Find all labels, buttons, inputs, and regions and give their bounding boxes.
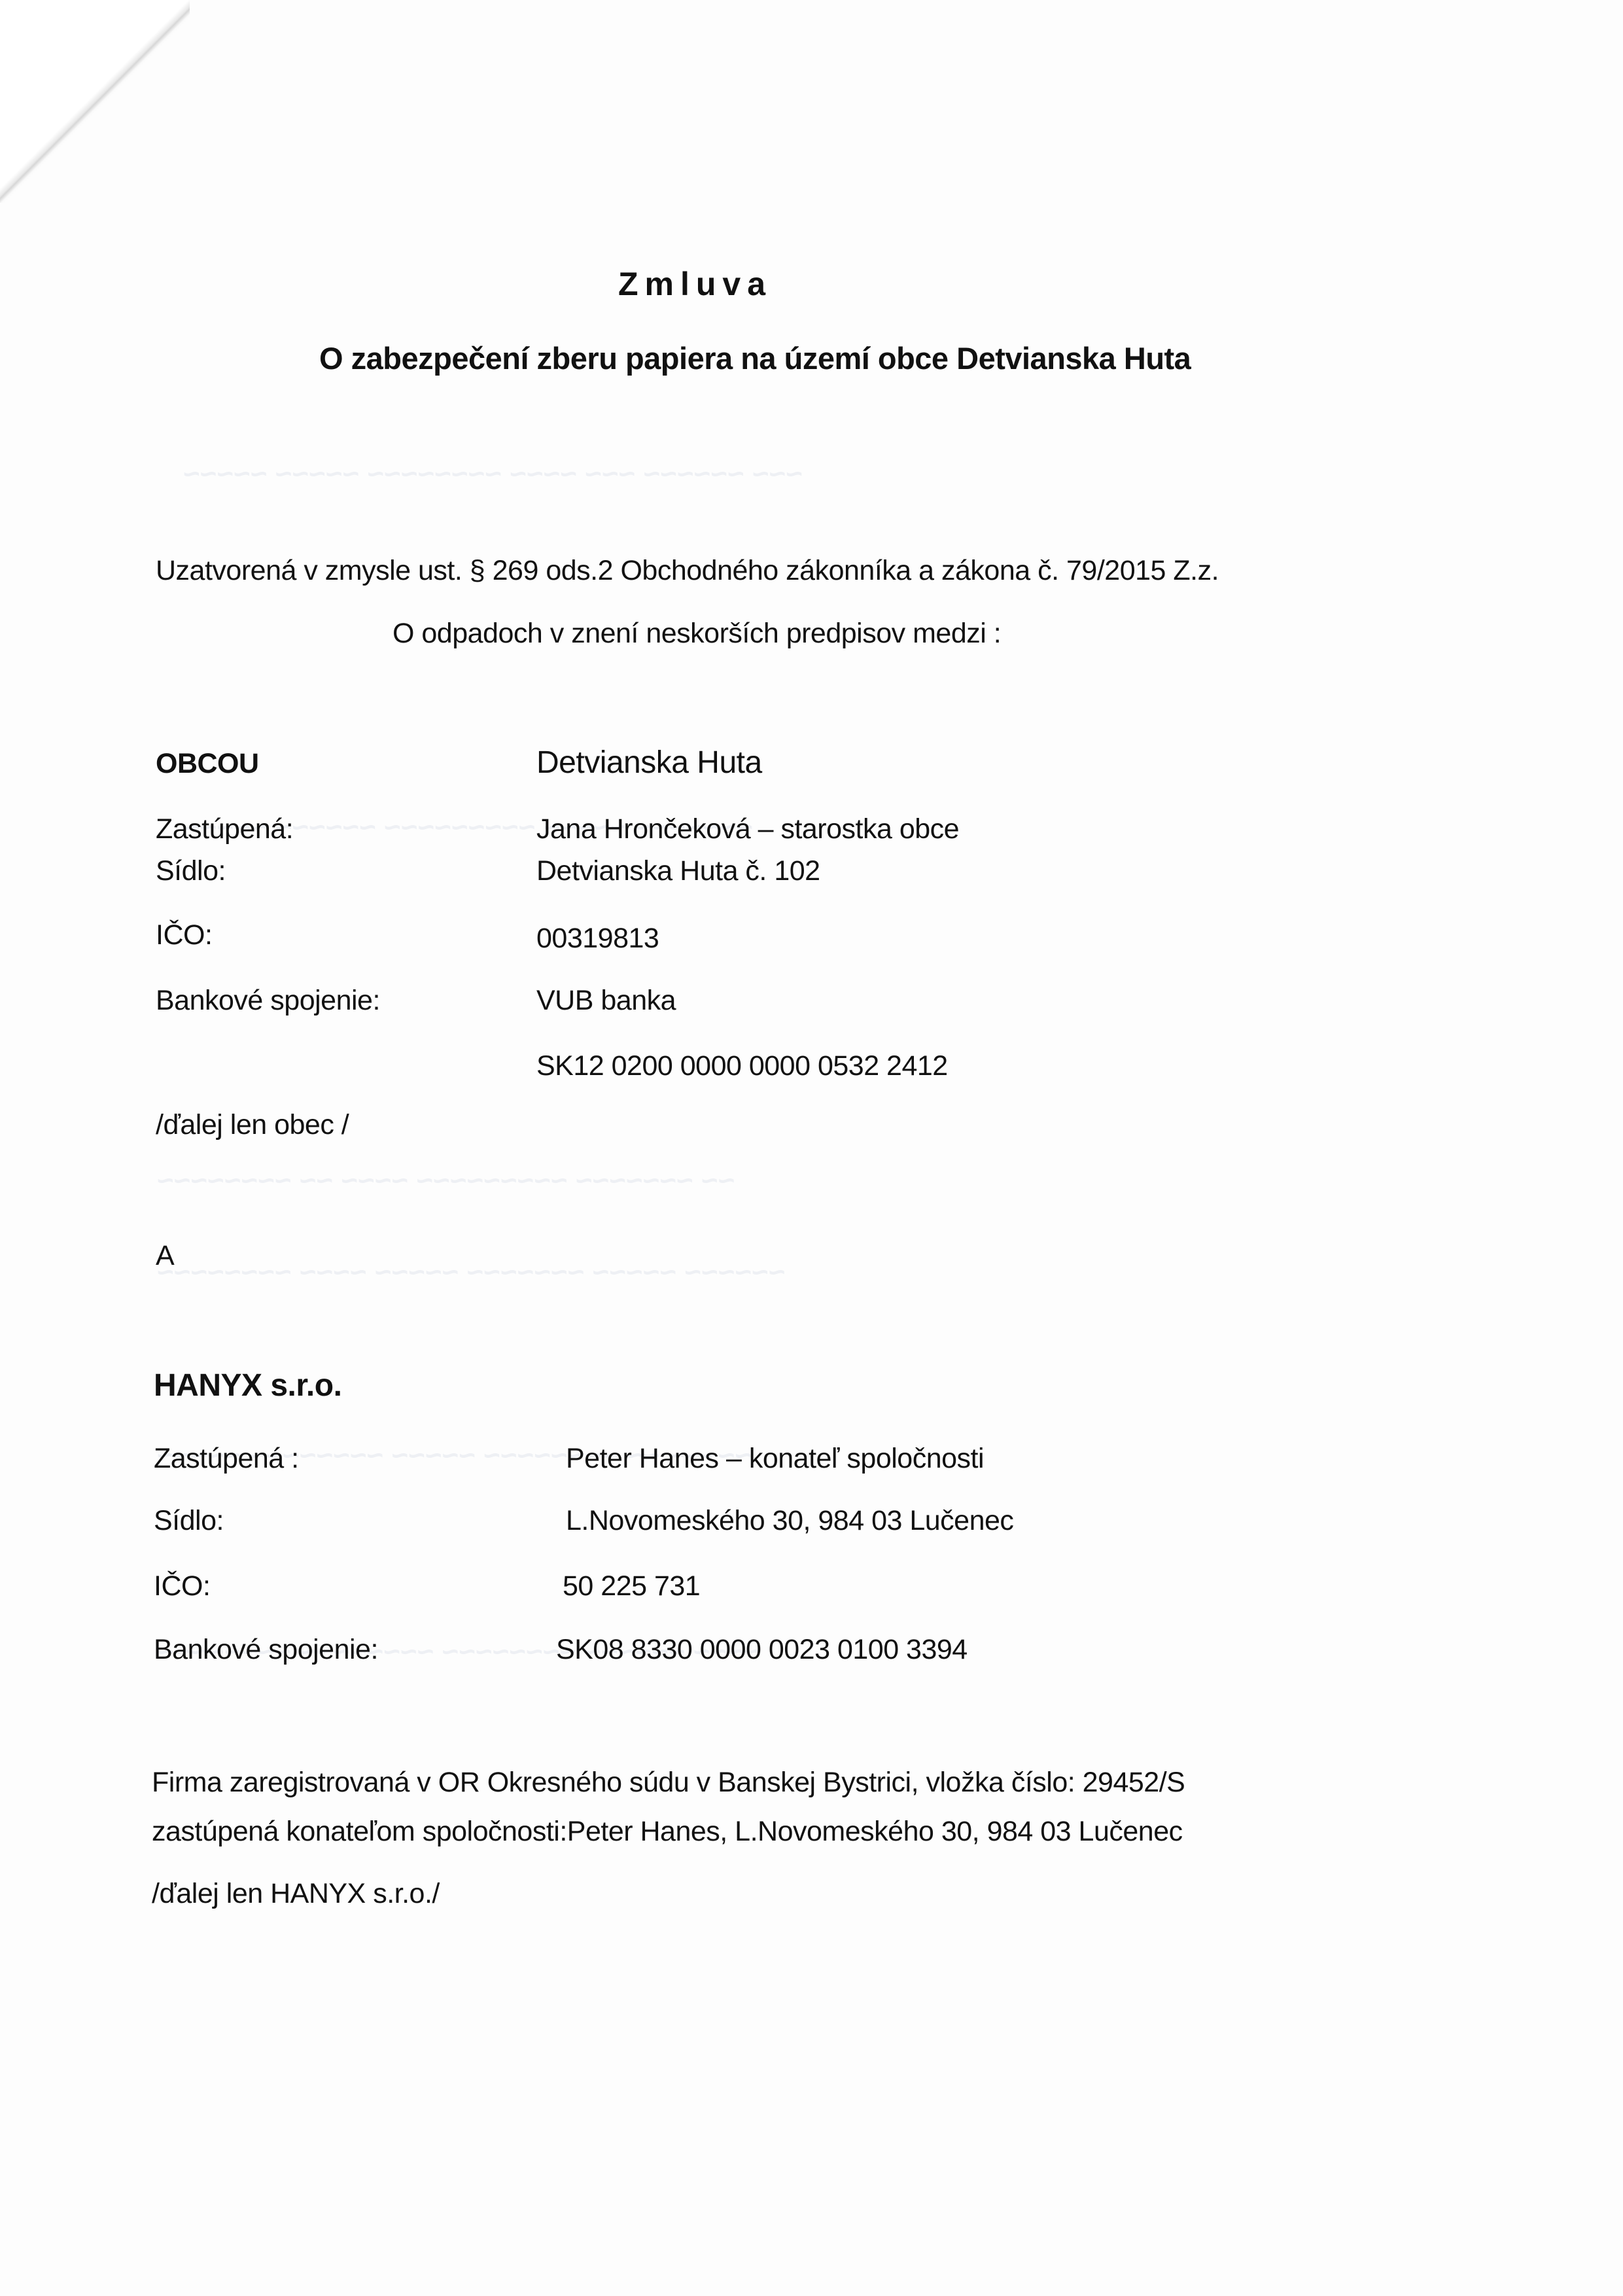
scanned-page: ~~~ ~~~~~~ ~~~ ~~~~ ~~~~~~~~ ~~~~~ ~~~~~… (0, 0, 1623, 2296)
party2-registration-line-2: zastúpená konateľom spoločnosti:Peter Ha… (152, 1816, 1183, 1848)
party2-alias: /ďalej len HANYX s.r.o./ (152, 1878, 440, 1910)
party2-field-label: Bankové spojenie: (154, 1634, 378, 1666)
show-through-artifact: ~~ ~~~~~~~ ~~~~~~~~~ ~~~~ ~~ ~~~~~~~~ (157, 1165, 735, 1197)
party2-registration-line-1: Firma zaregistrovaná v OR Okresného súdu… (152, 1767, 1185, 1799)
party1-iban: SK12 0200 0000 0000 0532 2412 (536, 1050, 948, 1082)
party1-field-value: Jana Hrončeková – starostka obce (536, 813, 959, 845)
party2-field-value: SK08 8330 0000 0023 0100 3394 (556, 1634, 968, 1666)
show-through-artifact: ~~~ ~~~~~~ ~~~ ~~~~ ~~~~~~~~ ~~~~~ ~~~~~ (183, 458, 803, 491)
document-title: Zmluva (618, 265, 772, 303)
conjunction: A (156, 1240, 174, 1272)
party1-name: Detvianska Huta (536, 745, 762, 781)
party2-name: HANYX s.r.o. (154, 1368, 341, 1404)
party1-field-value: 00319813 (536, 923, 659, 955)
legal-basis-line-1: Uzatvorená v zmysle ust. § 269 ods.2 Obc… (156, 555, 1219, 587)
party1-field-label: Sídlo: (156, 855, 226, 887)
party1-field-label: IČO: (156, 919, 212, 951)
party2-field-label: Sídlo: (154, 1505, 224, 1537)
party1-label: OBCOU (156, 748, 259, 780)
party1-field-label: Zastúpená: (156, 813, 293, 845)
party1-field-value: Detvianska Huta č. 102 (536, 855, 820, 887)
party2-field-label: IČO: (154, 1570, 210, 1602)
folded-corner (0, 0, 190, 203)
party2-field-value: 50 225 731 (563, 1570, 700, 1602)
party2-field-value: Peter Hanes – konateľ spoločnosti (566, 1443, 984, 1475)
party1-field-value: VUB banka (536, 985, 676, 1017)
party1-field-label: Bankové spojenie: (156, 985, 380, 1017)
party2-field-label: Zastúpená : (154, 1443, 299, 1475)
party2-field-value: L.Novomeského 30, 984 03 Lučenec (566, 1505, 1013, 1537)
document-subtitle: O zabezpečení zberu papiera na území obc… (319, 340, 1191, 376)
legal-basis-line-2: O odpadoch v znení neskorších predpisov … (393, 618, 1001, 650)
party1-alias: /ďalej len obec / (156, 1109, 349, 1141)
show-through-artifact: ~~~~~~ ~~~~~ ~~~~~~~ ~~~~~ ~~~~ ~~~~~~~~ (157, 1256, 785, 1289)
